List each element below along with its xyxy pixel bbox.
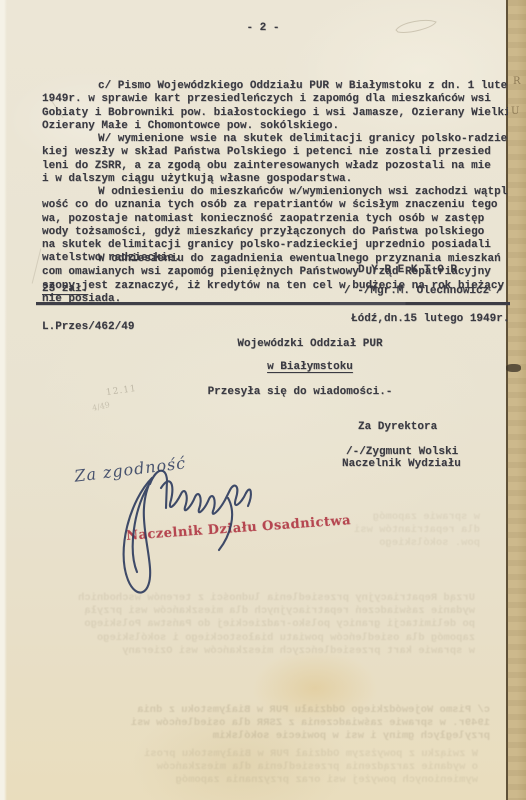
scanned-document-page: Urząd Repatriacyjny przesiedlenia ludnoś… (0, 0, 526, 800)
bleedthrough-line: po delimitacji granicy polsko-radzieckie… (45, 618, 475, 631)
text-line: W/ wymienione wsie na skutek delimitacji… (42, 133, 508, 146)
bleedthrough-line: zapomóg dla osiedleńców powiatu białosto… (45, 632, 475, 645)
scan-left-edge (0, 0, 7, 800)
bleedthrough-line: pow. sokólskiego (290, 537, 480, 550)
separator-rule (36, 302, 510, 305)
bleedthrough-line: o wydanie zarządzenia przesiedlenia dla … (48, 761, 478, 774)
signer-title: Naczelnik Wydziału (342, 458, 461, 470)
bleedthrough-line: W związku z powyższym Oddział PUR w Biał… (48, 748, 478, 761)
signer-name: /-/Zygmunt Wolski (346, 446, 458, 458)
text-line: wość co do uznania tych osób za repatria… (42, 199, 508, 212)
edge-letter: R (513, 76, 521, 87)
director-title: D Y R E K T O R (358, 264, 457, 276)
attachments-note: 23 zał. (42, 283, 88, 295)
paper-crease (32, 248, 42, 283)
signature-ink (100, 456, 270, 616)
bleedthrough-line: wymienionych powyżej wsi oraz przyznania… (48, 774, 478, 787)
director-signature-line: / -/Mgr.M. Olechnowicz / (344, 285, 502, 297)
edge-letter: U (511, 106, 519, 117)
text-line: c/ Pismo Wojewódzkiego Oddziału PUR w Bi… (42, 80, 508, 93)
pencil-note: 4/49 (91, 400, 110, 413)
bleedthrough-block: w sprawie zapomógdla repatriantów wsipow… (290, 475, 480, 551)
bleedthrough-block: W związku z powyższym Oddział PUR w Biał… (48, 712, 478, 788)
page-number: - 2 - (0, 22, 526, 34)
forwarding-note: Przesyła się do wiadomości.- (0, 386, 526, 398)
text-line: W odniesieniu do mieszkańców w/wymienion… (42, 186, 508, 199)
bleedthrough-line: w sprawie kart przesiedleńczych mieszkań… (45, 645, 475, 658)
for-director-label: Za Dyrektora (358, 421, 437, 433)
underlying-page-edge (506, 0, 526, 800)
reference-number: L.Przes/462/49 (42, 321, 134, 333)
organization-city: w Białymstoku (0, 361, 526, 373)
place-and-date: Łódź,dn.15 lutego 1949r. (351, 313, 509, 325)
organization-name: Wojewódzki Oddział PUR (0, 338, 526, 350)
